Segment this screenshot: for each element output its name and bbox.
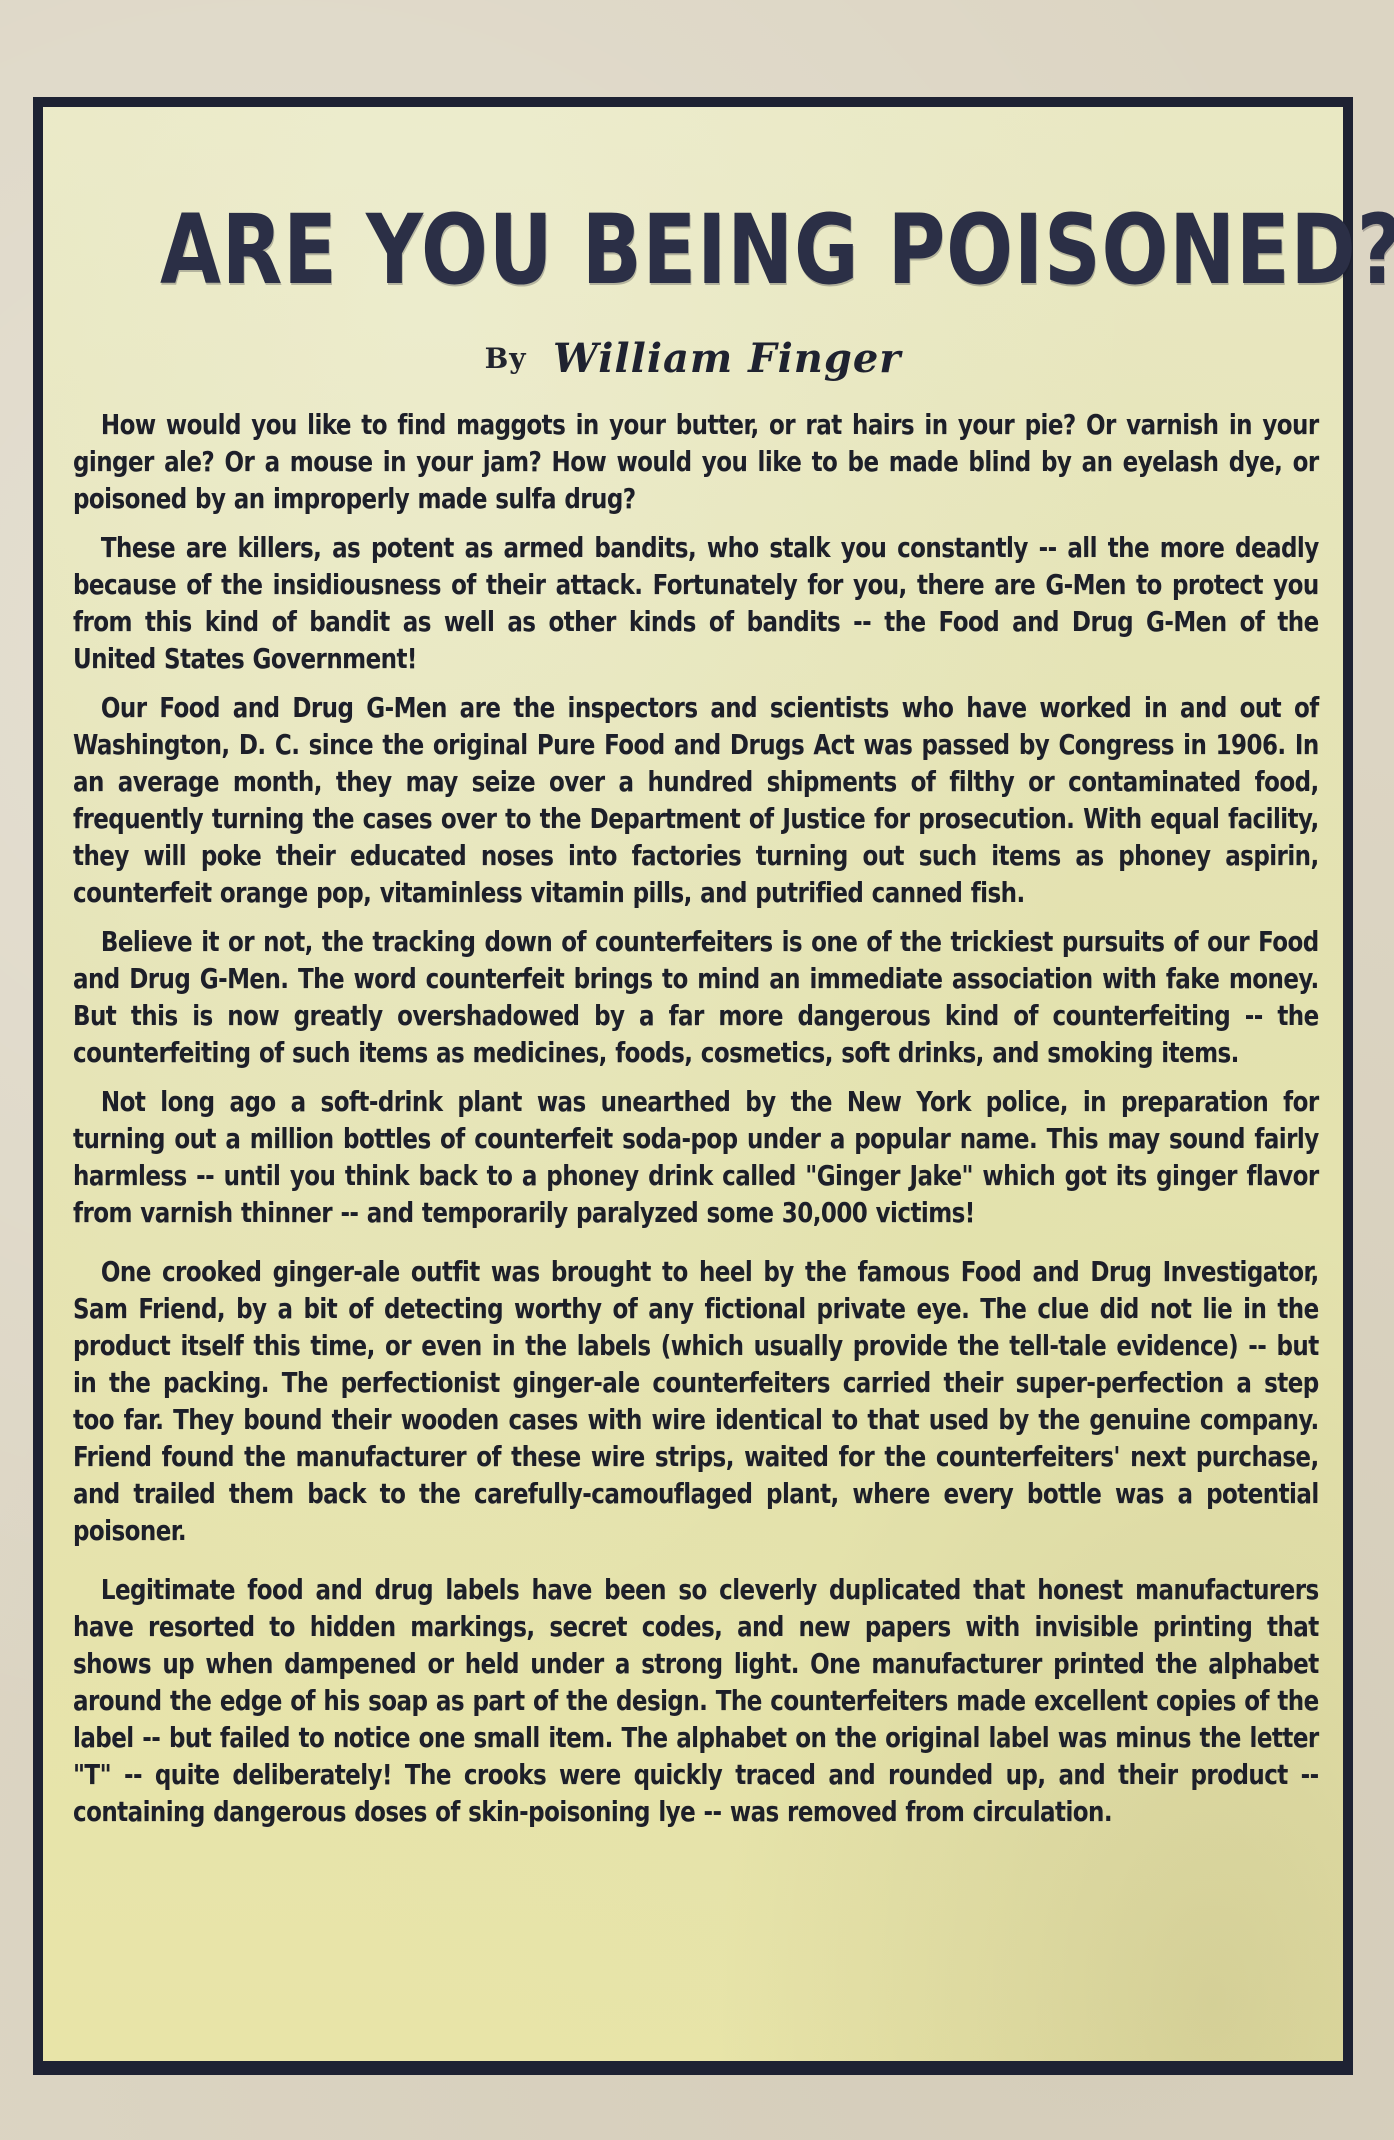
article-panel: ARE YOU BEING POISONED? By William Finge… (33, 97, 1353, 2075)
paragraph-4: Believe it or not, the tracking down of … (73, 924, 1319, 1072)
paragraph-2: These are killers, as potent as armed ba… (73, 530, 1319, 678)
byline-prefix: By (485, 342, 527, 375)
paragraph-3: Our Food and Drug G-Men are the inspecto… (73, 690, 1319, 912)
article-headline: ARE YOU BEING POISONED? (160, 202, 1226, 298)
author-signature: William Finger (553, 335, 901, 382)
byline: By William Finger (43, 339, 1343, 379)
paragraph-6: One crooked ginger-ale outfit was brough… (73, 1254, 1319, 1550)
paragraph-1: How would you like to find maggots in yo… (73, 407, 1319, 518)
paragraph-7: Legitimate food and drug labels have bee… (73, 1572, 1319, 1831)
article-body: How would you like to find maggots in yo… (73, 407, 1319, 1843)
comic-text-page: ARE YOU BEING POISONED? By William Finge… (0, 0, 1394, 2140)
paragraph-5: Not long ago a soft-drink plant was unea… (73, 1084, 1319, 1232)
